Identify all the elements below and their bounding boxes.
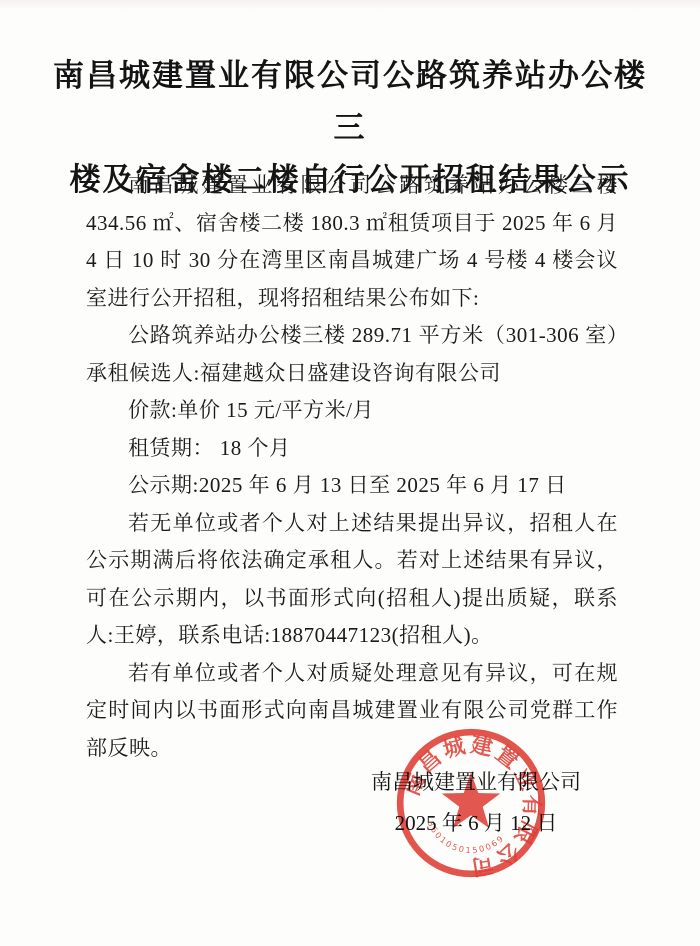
paragraph-price: 价款:单价 15 元/平方米/月: [86, 392, 618, 430]
document-body: 南昌城建置业有限公司公路筑养站办公楼三楼 434.56 ㎡、宿舍楼二楼 180.…: [86, 167, 618, 767]
paragraph-lease-term: 租赁期： 18 个月: [86, 430, 618, 468]
paragraph-appeal: 若有单位或者个人对质疑处理意见有异议，可在规定时间内以书面形式向南昌城建置业有限…: [86, 655, 618, 768]
signature-block: 南昌城建置业有限公司 2025 年 6 月 12 日: [340, 762, 612, 844]
paragraph-intro: 南昌城建置业有限公司公路筑养站办公楼三楼 434.56 ㎡、宿舍楼二楼 180.…: [86, 167, 618, 317]
paragraph-publicity-period: 公示期:2025 年 6 月 13 日至 2025 年 6 月 17 日: [86, 467, 618, 505]
signature-company: 南昌城建置业有限公司: [340, 762, 612, 803]
paragraph-objection: 若无单位或者个人对上述结果提出异议，招租人在公示期满后将依法确定承租人。若对上述…: [86, 505, 618, 655]
signature-date: 2025 年 6 月 12 日: [340, 803, 612, 844]
document-page: 南昌城建置业有限公司公路筑养站办公楼三 楼及宿舍楼二楼自行公开招租结果公示 南昌…: [0, 0, 700, 946]
title-line-1: 南昌城建置业有限公司公路筑养站办公楼三: [40, 50, 660, 154]
paragraph-candidate: 公路筑养站办公楼三楼 289.71 平方米（301-306 室）承租候选人:福建…: [86, 317, 618, 392]
